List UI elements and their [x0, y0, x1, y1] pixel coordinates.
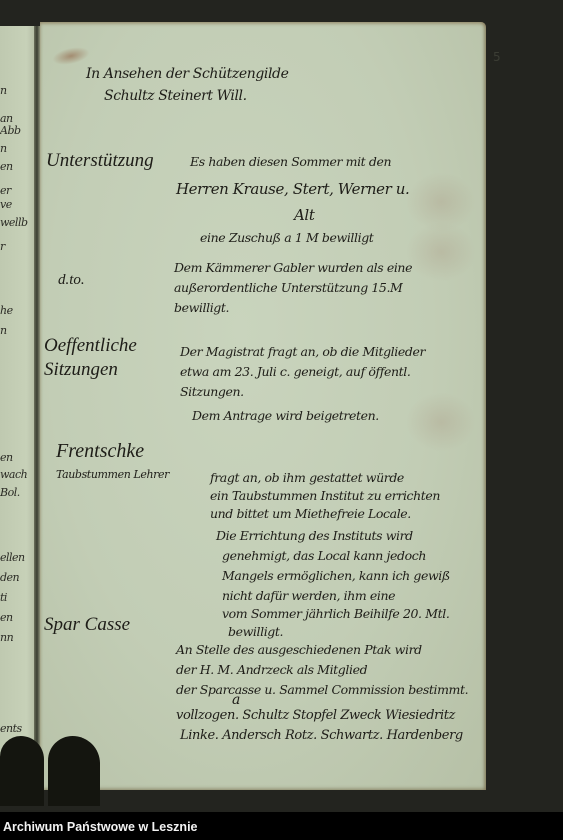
left-fragment: n [0, 84, 7, 97]
left-fragment: ellen [0, 551, 25, 564]
body-line: Alt [294, 206, 314, 224]
header-line-1: In Ansehen der Schützengilde [86, 66, 289, 82]
left-page-edge: n an Abb n en er ve wellb r he n en wach… [0, 26, 38, 786]
ink-bleed [406, 222, 476, 282]
body-line: Dem Antrage wird beigetreten. [192, 408, 379, 423]
body-line: bewilligt. [228, 624, 283, 639]
left-fragment: en [0, 451, 13, 464]
signature-line-1: vollzogen. Schultz Stopfel Zweck Wiesied… [176, 708, 455, 723]
body-line: ein Taubstummen Institut zu errichten [210, 488, 440, 503]
body-line: Sitzungen. [180, 384, 244, 399]
thumb-right [48, 736, 100, 806]
margin-label-spar-casse: Spar Casse [44, 614, 130, 636]
archive-footer: Archiwum Państwowe w Lesznie [0, 812, 563, 840]
body-line: und bittet um Miethefreie Locale. [210, 506, 411, 521]
left-fragment: ve [0, 198, 12, 211]
margin-sublabel-taubstummen-lehrer: Taubstummen Lehrer [56, 468, 169, 481]
left-fragment: Abb [0, 124, 21, 137]
body-line: vom Sommer jährlich Beihilfe 20. Mtl. [222, 606, 449, 621]
left-fragment: den [0, 571, 19, 584]
margin-label-dto: d.to. [58, 272, 85, 289]
ink-stain [51, 44, 91, 68]
body-line: Es haben diesen Sommer mit den [190, 154, 391, 169]
left-fragment: n [0, 324, 7, 337]
body-line: außerordentliche Unterstützung 15.M [174, 280, 402, 295]
body-line: bewilligt. [174, 300, 229, 315]
left-fragment: en [0, 611, 13, 624]
body-line: Die Errichtung des Instituts wird [216, 528, 413, 543]
left-fragment: wach [0, 468, 27, 481]
left-fragment: he [0, 304, 13, 317]
body-line: An Stelle des ausgeschiedenen Ptak wird [176, 642, 422, 657]
left-fragment: wellb [0, 216, 28, 229]
ink-bleed [406, 392, 476, 452]
page-number: 5 [493, 50, 501, 64]
body-line: fragt an, ob ihm gestattet würde [210, 470, 404, 485]
header-line-2: Schultz Steinert Will. [104, 88, 247, 104]
document-scan: n an Abb n en er ve wellb r he n en wach… [0, 0, 563, 812]
body-line: der H. M. Andrzeck als Mitglied [176, 662, 367, 677]
body-line: Dem Kämmerer Gabler wurden als eine [174, 260, 412, 275]
body-line: nicht dafür werden, ihm eine [222, 588, 395, 603]
closing-mark: a [232, 692, 240, 708]
margin-label-frentschke: Frentschke [56, 440, 144, 463]
body-line: Mangels ermöglichen, kann ich gewiß [222, 568, 450, 583]
left-fragment: en [0, 160, 13, 173]
body-line: Der Magistrat fragt an, ob die Mitgliede… [180, 344, 425, 359]
left-fragment: n [0, 142, 7, 155]
body-line: der Sparcasse u. Sammel Commission besti… [176, 682, 468, 697]
body-line: genehmigt, das Local kann jedoch [222, 548, 426, 563]
left-fragment: r [0, 240, 5, 253]
left-fragment: nn [0, 631, 13, 644]
archive-label: Archiwum Państwowe w Lesznie [3, 820, 198, 834]
body-line: Herren Krause, Stert, Werner u. [176, 180, 409, 198]
thumb-left [0, 736, 44, 806]
left-fragment: ti [0, 591, 7, 604]
left-fragment: ents [0, 722, 22, 735]
body-line: eine Zuschuß a 1 M bewilligt [200, 230, 373, 245]
main-page: 5 In Ansehen der Schützengilde Schultz S… [40, 22, 486, 790]
margin-label-unterstuetzung: Unterstützung [46, 150, 154, 172]
left-fragment: Bol. [0, 486, 20, 499]
left-fragment: er [0, 184, 11, 197]
signature-line-2: Linke. Andersch Rotz. Schwartz. Hardenbe… [180, 728, 463, 743]
body-line: etwa am 23. Juli c. geneigt, auf öffentl… [180, 364, 410, 379]
margin-label-oeffentliche-sitzungen: Oeffentliche Sitzungen [44, 334, 174, 382]
